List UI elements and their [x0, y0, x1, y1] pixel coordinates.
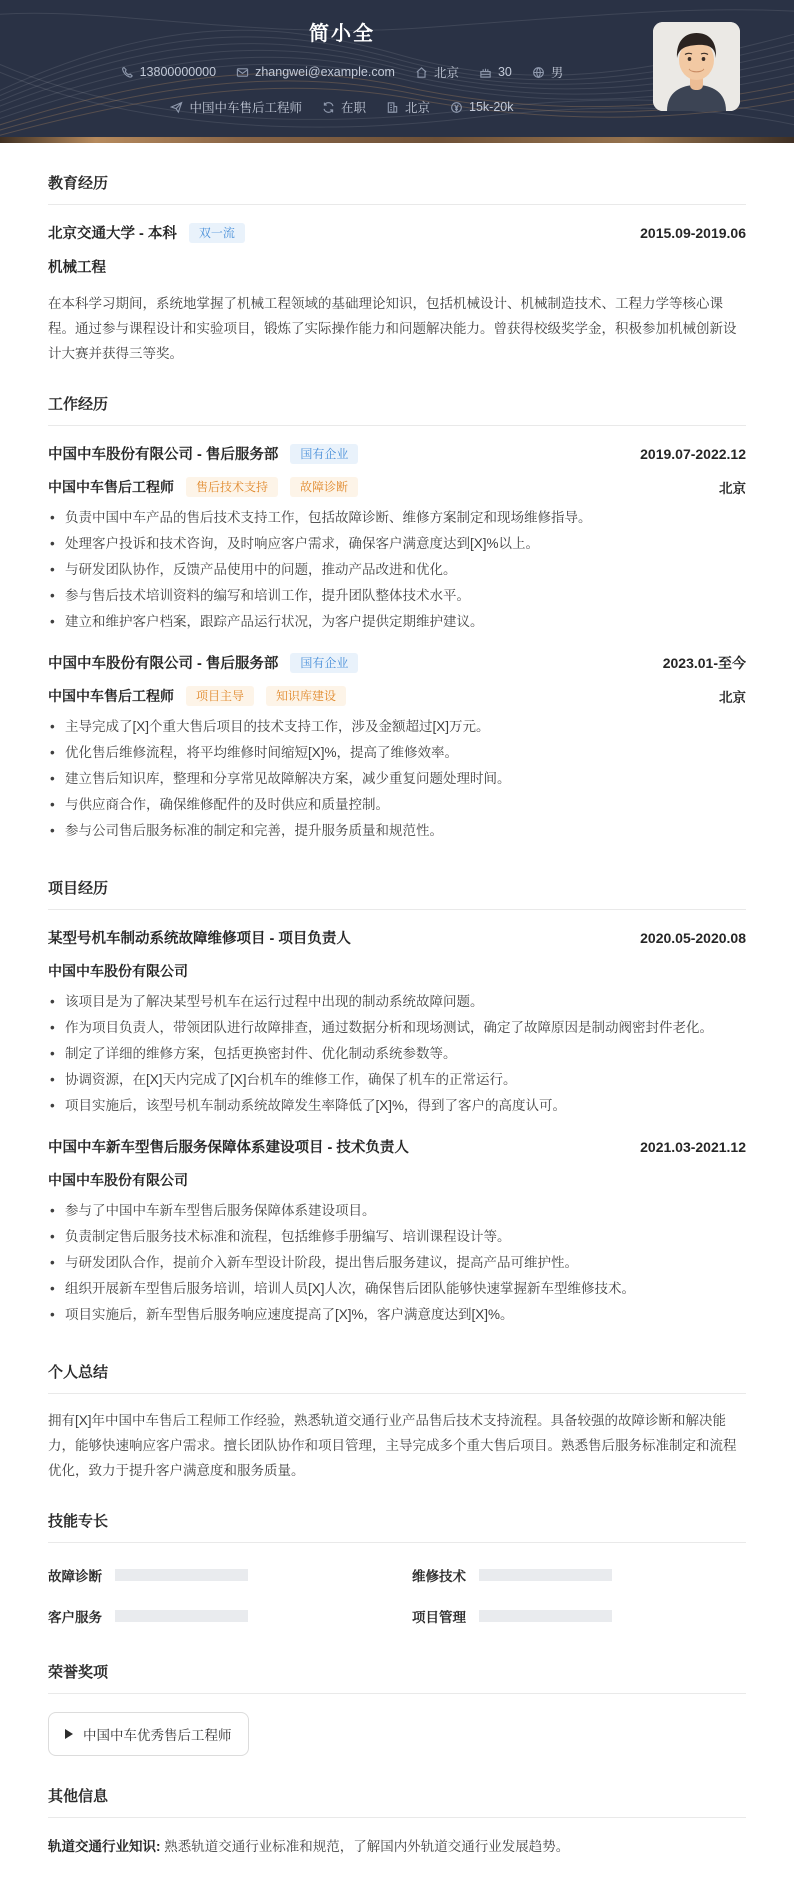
paper-plane-icon [170, 101, 183, 114]
job-entry: 中国中车股份有限公司 - 售后服务部 国有企业 2019.07-2022.12 … [48, 443, 746, 635]
target-position-value: 中国中车售后工程师 [189, 98, 302, 116]
building-icon [386, 101, 399, 114]
honor-badge[interactable]: 中国中车优秀售后工程师 [48, 1712, 249, 1756]
skill-bar-track [479, 1569, 612, 1581]
resume-body: 教育经历 北京交通大学 - 本科 双一流 2015.09-2019.06 机械工… [0, 143, 794, 1897]
job-city: 北京 [719, 686, 746, 706]
job-bullet-list: 主导完成了[X]个重大售后项目的技术支持工作，涉及金额超过[X]万元。 优化售后… [48, 714, 746, 844]
bullet-item: 参与公司售后服务标准的制定和完善，提升服务质量和规范性。 [48, 818, 746, 844]
bullet-item: 与研发团队协作，反馈产品使用中的问题，推动产品改进和优化。 [48, 557, 746, 583]
salary-value: 15k-20k [469, 100, 513, 114]
section-honors: 荣誉奖项 中国中车优秀售后工程师 [48, 1638, 746, 1762]
skill-row: 客户服务 [48, 1606, 382, 1626]
company-name: 中国中车股份有限公司 - 售后服务部 [48, 443, 278, 464]
bullet-item: 制定了详细的维修方案，包括更换密封件、优化制动系统参数等。 [48, 1041, 746, 1067]
skill-name: 客户服务 [48, 1606, 102, 1626]
section-skills: 技能专长 故障诊断 维修技术 客户服务 项目管理 [48, 1487, 746, 1626]
school-name: 北京交通大学 - 本科 [48, 222, 177, 243]
resume-page: 简小全 13800000000 zhangwei@example.com 北京 … [0, 0, 794, 1897]
bullet-item: 处理客户投诉和技术咨询，及时响应客户需求，确保客户满意度达到[X]%以上。 [48, 531, 746, 557]
phone-value: 13800000000 [140, 65, 216, 79]
project-name: 中国中车新车型售后服务保障体系建设项目 - 技术负责人 [48, 1136, 409, 1157]
skill-name: 维修技术 [412, 1565, 466, 1585]
home-city-value: 北京 [434, 63, 459, 81]
salary-icon [450, 101, 463, 114]
job-bullet-list: 负责中国中车产品的售后技术支持工作，包括故障诊断、维修方案制定和现场维修指导。 … [48, 505, 746, 635]
project-bullet-list: 该项目是为了解决某型号机车在运行过程中出现的制动系统故障问题。 作为项目负责人，… [48, 989, 746, 1119]
avatar-illustration [653, 22, 740, 111]
bullet-item: 与供应商合作，确保维修配件的及时供应和质量控制。 [48, 792, 746, 818]
mail-icon [236, 66, 249, 79]
bullet-item: 项目实施后，新车型售后服务响应速度提高了[X]%，客户满意度达到[X]%。 [48, 1302, 746, 1328]
section-title: 荣誉奖项 [48, 1638, 746, 1694]
gender-icon [532, 66, 545, 79]
contact-row-2: 中国中车售后工程师 在职 北京 15k-20k [0, 98, 684, 116]
candidate-name: 简小全 [0, 17, 684, 46]
project-date: 2020.05-2020.08 [640, 930, 746, 946]
section-title: 项目经历 [48, 854, 746, 910]
bullet-item: 参与了中国中车新车型售后服务保障体系建设项目。 [48, 1198, 746, 1224]
position-tag: 知识库建设 [266, 686, 346, 706]
work-city-item: 北京 [386, 98, 430, 116]
skill-bar-track [115, 1569, 248, 1581]
contact-row-1: 13800000000 zhangwei@example.com 北京 30 男 [0, 63, 684, 81]
skill-row: 故障诊断 [48, 1565, 382, 1585]
position-tag: 故障诊断 [290, 477, 358, 497]
home-icon [415, 66, 428, 79]
skill-name: 故障诊断 [48, 1565, 102, 1585]
project-entry: 某型号机车制动系统故障维修项目 - 项目负责人 2020.05-2020.08 … [48, 927, 746, 1119]
honor-label: 中国中车优秀售后工程师 [83, 1724, 232, 1744]
age-item: 30 [479, 65, 512, 79]
other-info-label: 轨道交通行业知识: [48, 1839, 161, 1854]
bullet-item: 该项目是为了解决某型号机车在运行过程中出现的制动系统故障问题。 [48, 989, 746, 1015]
bullet-item: 主导完成了[X]个重大售后项目的技术支持工作，涉及金额超过[X]万元。 [48, 714, 746, 740]
bullet-item: 项目实施后，该型号机车制动系统故障发生率降低了[X]%，得到了客户的高度认可。 [48, 1093, 746, 1119]
gender-item: 男 [532, 63, 564, 81]
education-tag: 双一流 [189, 223, 245, 243]
bullet-item: 协调资源，在[X]天内完成了[X]台机车的维修工作，确保了机车的正常运行。 [48, 1067, 746, 1093]
bullet-item: 负责制定售后服务技术标准和流程，包括维修手册编写、培训课程设计等。 [48, 1224, 746, 1250]
bullet-item: 建立售后知识库，整理和分享常见故障解决方案，减少重复问题处理时间。 [48, 766, 746, 792]
section-summary: 个人总结 拥有[X]年中国中车售后工程师工作经验，熟悉轨道交通行业产品售后技术支… [48, 1338, 746, 1483]
education-date: 2015.09-2019.06 [640, 225, 746, 241]
section-title: 工作经历 [48, 370, 746, 426]
job-date: 2019.07-2022.12 [640, 446, 746, 462]
bullet-item: 作为项目负责人，带领团队进行故障排查，通过数据分析和现场测试，确定了故障原因是制… [48, 1015, 746, 1041]
company-name: 中国中车股份有限公司 - 售后服务部 [48, 652, 278, 673]
phone-icon [121, 66, 134, 79]
avatar [653, 22, 740, 111]
cake-icon [479, 66, 492, 79]
phone-item: 13800000000 [121, 65, 216, 79]
other-info-text: 熟悉轨道交通行业标准和规范，了解国内外轨道交通行业发展趋势。 [164, 1839, 569, 1854]
bullet-item: 与研发团队合作，提前介入新车型设计阶段，提出售后服务建议，提高产品可维护性。 [48, 1250, 746, 1276]
section-work: 工作经历 中国中车股份有限公司 - 售后服务部 国有企业 2019.07-202… [48, 370, 746, 844]
bullet-item: 负责中国中车产品的售后技术支持工作，包括故障诊断、维修方案制定和现场维修指导。 [48, 505, 746, 531]
job-position: 中国中车售后工程师 [48, 477, 174, 497]
header-copper-strip [0, 137, 794, 143]
job-entry: 中国中车股份有限公司 - 售后服务部 国有企业 2023.01-至今 中国中车售… [48, 652, 746, 844]
play-triangle-icon [65, 1729, 73, 1739]
target-position-item: 中国中车售后工程师 [170, 98, 302, 116]
project-entry: 中国中车新车型售后服务保障体系建设项目 - 技术负责人 2021.03-2021… [48, 1136, 746, 1328]
project-company: 中国中车股份有限公司 [48, 961, 188, 981]
skill-row: 维修技术 [412, 1565, 746, 1585]
bullet-item: 优化售后维修流程，将平均维修时间缩短[X]%，提高了维修效率。 [48, 740, 746, 766]
summary-text: 拥有[X]年中国中车售后工程师工作经验，熟悉轨道交通行业产品售后技术支持流程。具… [48, 1408, 746, 1483]
work-city-value: 北京 [405, 98, 430, 116]
education-description: 在本科学习期间，系统地掌握了机械工程领域的基础理论知识，包括机械设计、机械制造技… [48, 291, 746, 366]
age-value: 30 [498, 65, 512, 79]
skill-bar-track [115, 1610, 248, 1622]
bullet-item: 参与售后技术培训资料的编写和培训工作，提升团队整体技术水平。 [48, 583, 746, 609]
bullet-item: 组织开展新车型售后服务培训，培训人员[X]人次，确保售后团队能够快速掌握新车型维… [48, 1276, 746, 1302]
email-value: zhangwei@example.com [255, 65, 395, 79]
project-date: 2021.03-2021.12 [640, 1139, 746, 1155]
position-tag: 项目主导 [186, 686, 254, 706]
status-icon [322, 101, 335, 114]
job-status-value: 在职 [341, 98, 366, 116]
company-type-tag: 国有企业 [290, 653, 358, 673]
bullet-item: 建立和维护客户档案，跟踪产品运行状况，为客户提供定期维护建议。 [48, 609, 746, 635]
section-title: 技能专长 [48, 1487, 746, 1543]
project-name: 某型号机车制动系统故障维修项目 - 项目负责人 [48, 927, 351, 948]
job-position: 中国中车售后工程师 [48, 686, 174, 706]
major: 机械工程 [48, 256, 106, 277]
section-title: 其他信息 [48, 1762, 746, 1818]
project-company: 中国中车股份有限公司 [48, 1170, 188, 1190]
section-title: 教育经历 [48, 149, 746, 205]
project-bullet-list: 参与了中国中车新车型售后服务保障体系建设项目。 负责制定售后服务技术标准和流程，… [48, 1198, 746, 1328]
header-content: 简小全 13800000000 zhangwei@example.com 北京 … [0, 0, 684, 116]
job-date: 2023.01-至今 [663, 653, 746, 673]
home-city-item: 北京 [415, 63, 459, 81]
skills-grid: 故障诊断 维修技术 客户服务 项目管理 [48, 1565, 746, 1626]
resume-header: 简小全 13800000000 zhangwei@example.com 北京 … [0, 0, 794, 143]
section-other: 其他信息 轨道交通行业知识: 熟悉轨道交通行业标准和规范，了解国内外轨道交通行业… [48, 1762, 746, 1859]
section-title: 个人总结 [48, 1338, 746, 1394]
section-education: 教育经历 北京交通大学 - 本科 双一流 2015.09-2019.06 机械工… [48, 149, 746, 366]
job-status-item: 在职 [322, 98, 366, 116]
skill-row: 项目管理 [412, 1606, 746, 1626]
skill-name: 项目管理 [412, 1606, 466, 1626]
other-info-line: 轨道交通行业知识: 熟悉轨道交通行业标准和规范，了解国内外轨道交通行业发展趋势。 [48, 1834, 746, 1859]
email-item: zhangwei@example.com [236, 65, 395, 79]
job-city: 北京 [719, 477, 746, 497]
salary-item: 15k-20k [450, 100, 513, 114]
position-tag: 售后技术支持 [186, 477, 278, 497]
skill-bar-track [479, 1610, 612, 1622]
section-projects: 项目经历 某型号机车制动系统故障维修项目 - 项目负责人 2020.05-202… [48, 854, 746, 1328]
gender-value: 男 [551, 63, 564, 81]
company-type-tag: 国有企业 [290, 444, 358, 464]
